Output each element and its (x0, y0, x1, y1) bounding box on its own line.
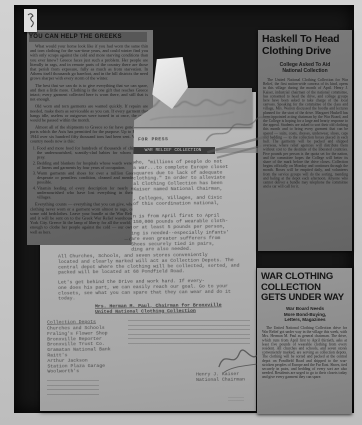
left-clipping-body: What would your home look like if you ha… (30, 44, 150, 242)
catalog-sticker (24, 9, 37, 32)
needs-list: Food and more food for hundreds of thous… (37, 146, 148, 200)
needs-item-1: Food and more food for hundreds of thous… (37, 146, 148, 160)
war-clothing-clipping: WAR CLOTHING COLLECTION GETS UNDER WAY W… (257, 268, 352, 414)
letter-fragment-3: n is from April first to April 150,000 p… (133, 213, 251, 230)
left-closing-paragraph: Everything counts — everything that you … (30, 202, 148, 234)
black-album-page: FOR PRESS WAR RELIEF COLLECTION who, "mi… (14, 5, 354, 413)
left-paragraph-2: The best that we can do is to give every… (30, 83, 148, 101)
left-clipping-headline: YOU CAN HELP THE GREEKS (29, 32, 147, 42)
scrapbook-photo: FOR PRESS WAR RELIEF COLLECTION who, "mi… (0, 0, 362, 425)
needs-item-4: Vitamin feeding of every description for… (37, 186, 148, 200)
needs-item-3: Warm garments and shoes for over a milli… (37, 171, 148, 185)
letter-slug: FOR PRESS (138, 136, 198, 142)
war-clothing-body: The United National Clothing Collection … (262, 326, 348, 410)
left-paragraph-3: Old worn and torn garments are wanted qu… (30, 104, 148, 122)
haskell-subhead: College Asked To Aid National Collection (262, 62, 348, 74)
depot-list: Churches and Schools Fraling's Flower Sh… (47, 325, 138, 375)
left-paragraph-4: Almost all of the shipments to Greece so… (30, 125, 148, 143)
left-paragraph-1: What would your home look like if you ha… (30, 44, 148, 81)
handwritten-mark (24, 9, 37, 32)
haskell-headline: Haskell To Head Clothing Drive (262, 34, 348, 57)
letter-fragment-4: ing is needed--especially infants' are e… (131, 230, 249, 253)
needs-item-2: Bedding and blankets for hospitals whose… (37, 161, 148, 170)
war-clothing-subhead: War Board Needs More Bond-Buying, Letter… (263, 306, 347, 323)
war-clothing-body-text: The United National Clothing Collection … (262, 326, 347, 379)
letter-paragraph-depots: All Churches, Schools, and seven stores … (58, 252, 253, 276)
committee-names-smudge (47, 380, 99, 398)
letter-paragraph-appeal: Let's get behind the Drive and work hard… (58, 278, 253, 302)
left-attribution: — Carl Hicks (30, 237, 148, 242)
tape-fragment (228, 397, 244, 405)
local-chairman-line: Mrs. Herman M. Paul, Chairman for Bronxv… (95, 302, 260, 315)
war-clothing-headline: WAR CLOTHING COLLECTION GETS UNDER WAY (261, 272, 349, 304)
letter-fragment-2: , Colleges, Villages, and Civic of this … (133, 195, 251, 207)
haskell-body: The United National Clothing Collection … (263, 78, 348, 246)
